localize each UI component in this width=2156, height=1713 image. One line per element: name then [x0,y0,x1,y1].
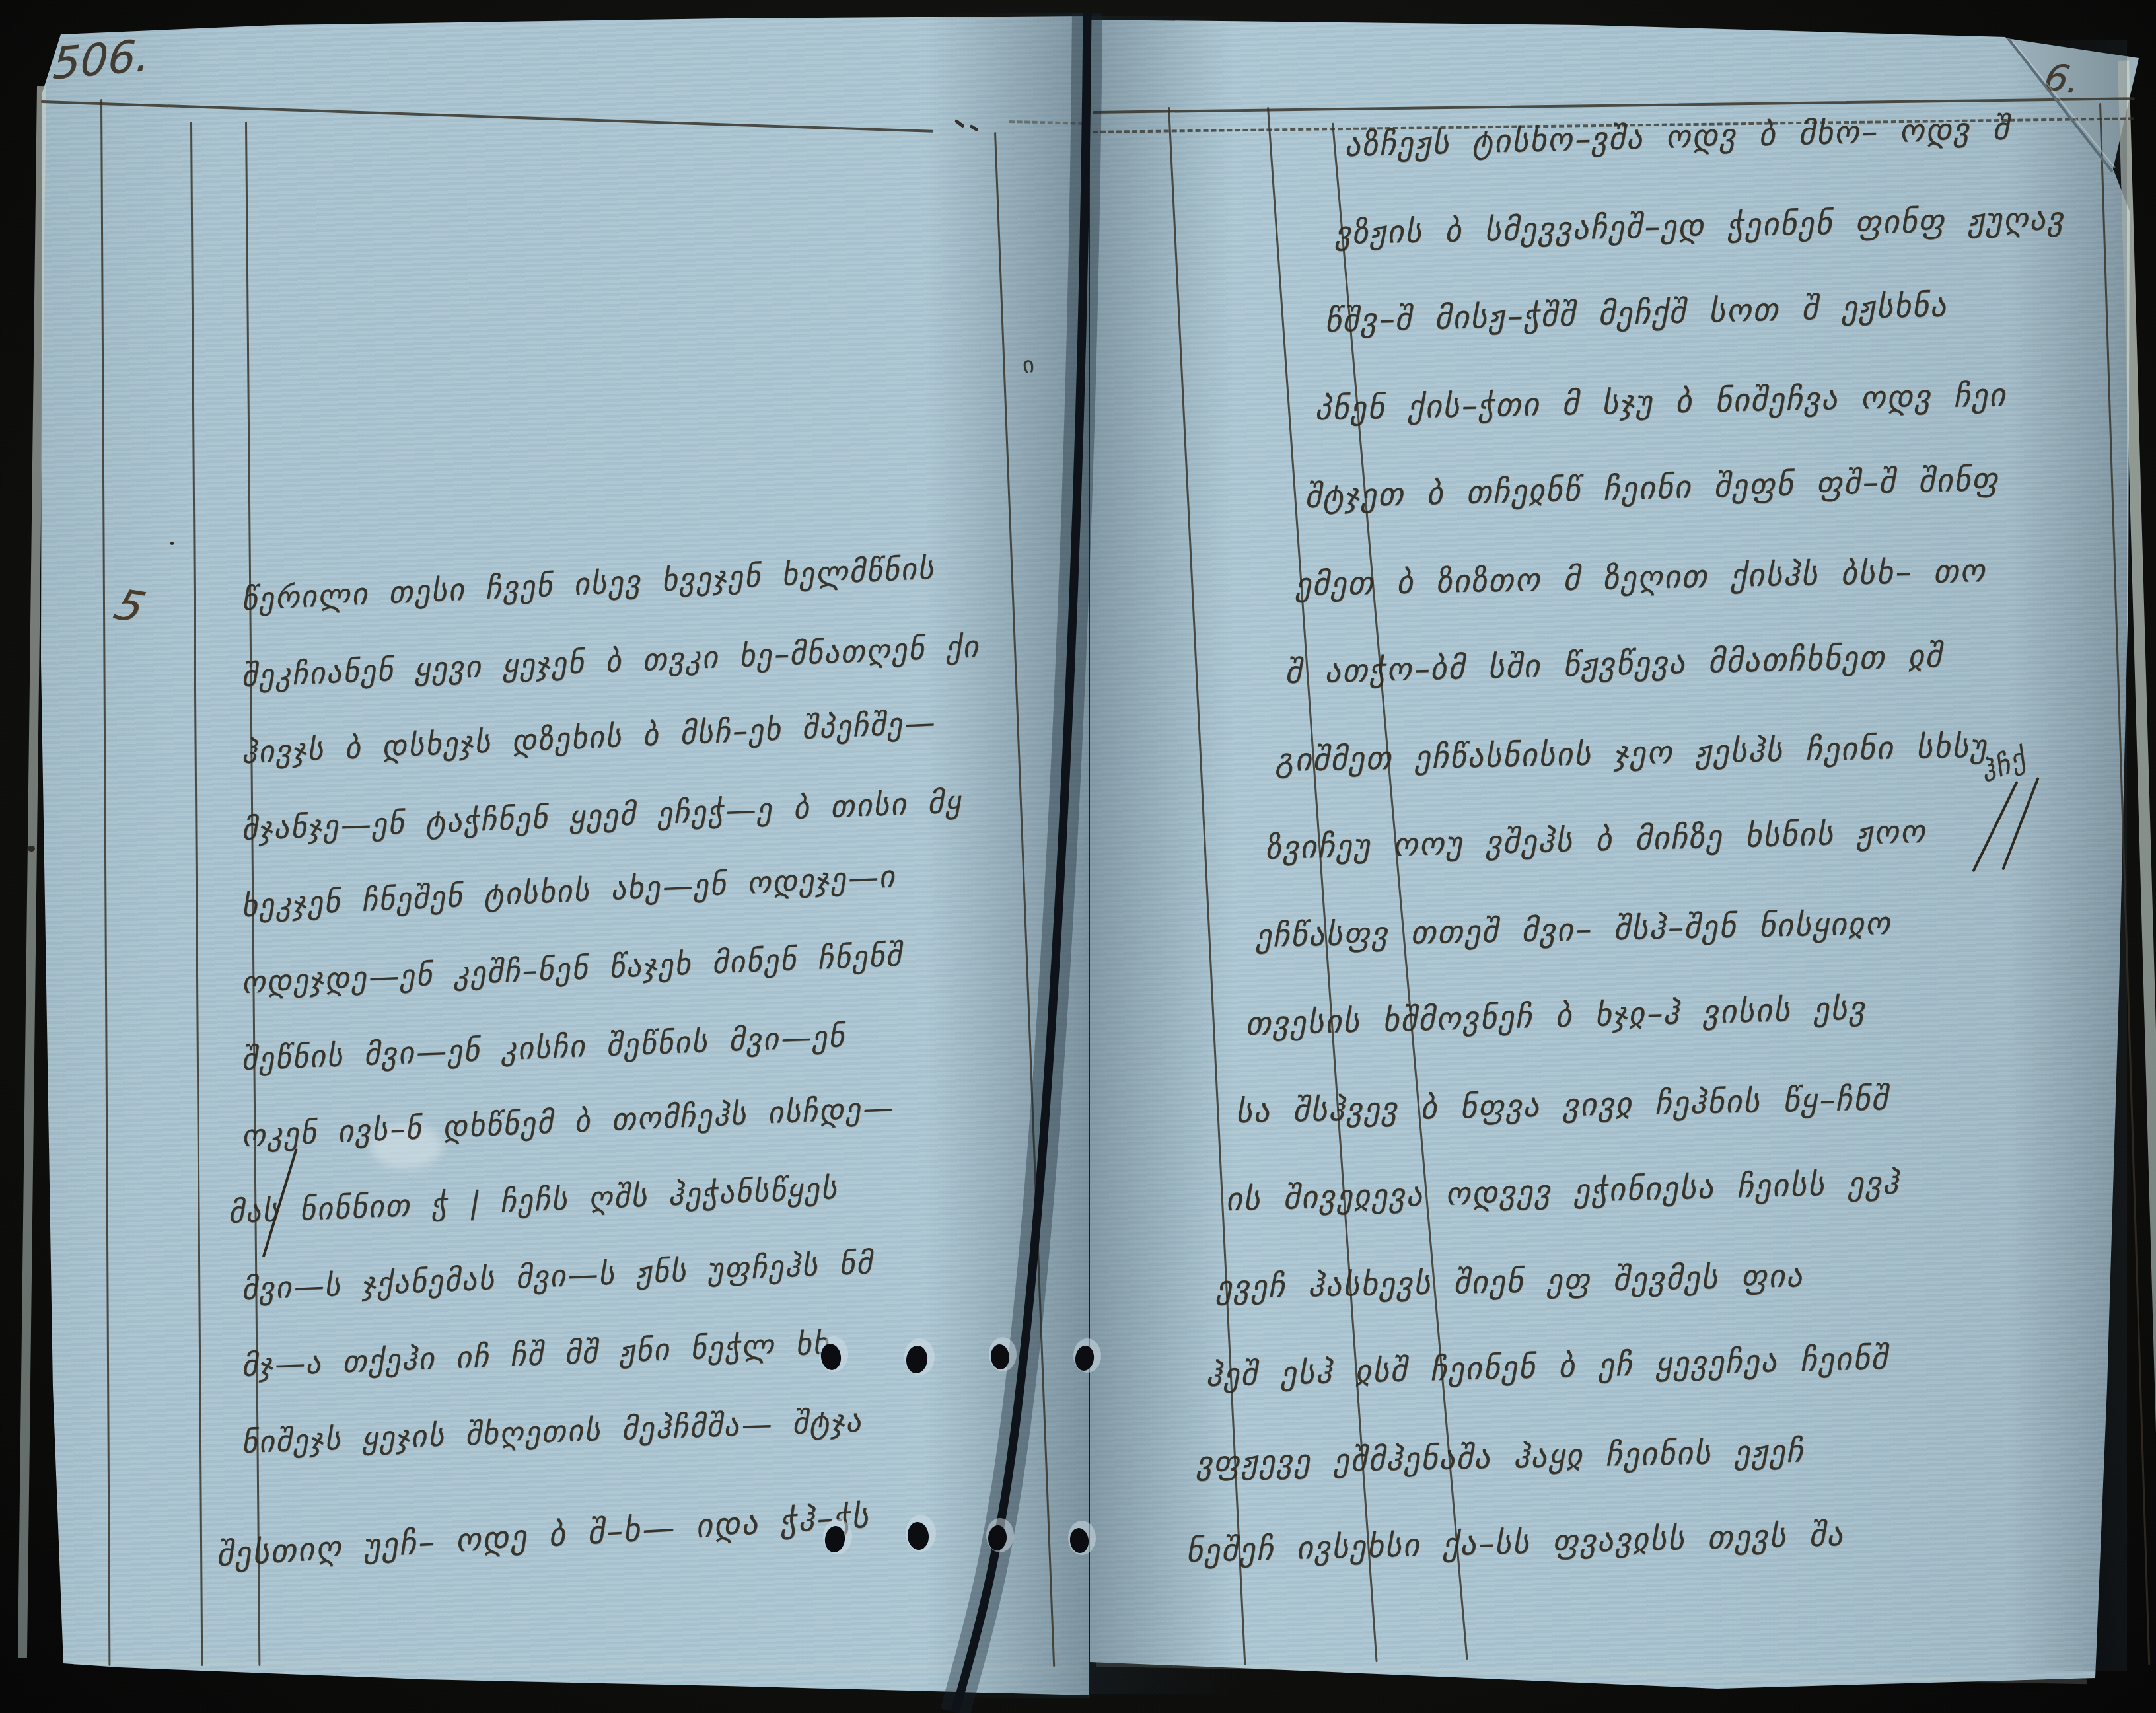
scan-overlay [0,0,2156,1713]
fold-crease-highlight [2013,42,2115,168]
punch-holes [819,1336,1101,1555]
book-spread-scan: 506. 6. 5 ი ჰჩქ წერილი თესი ჩვენ ისევ ხვ… [0,0,2156,1713]
gutter-shadow [955,13,1087,1712]
fold-crease [2008,38,2112,172]
